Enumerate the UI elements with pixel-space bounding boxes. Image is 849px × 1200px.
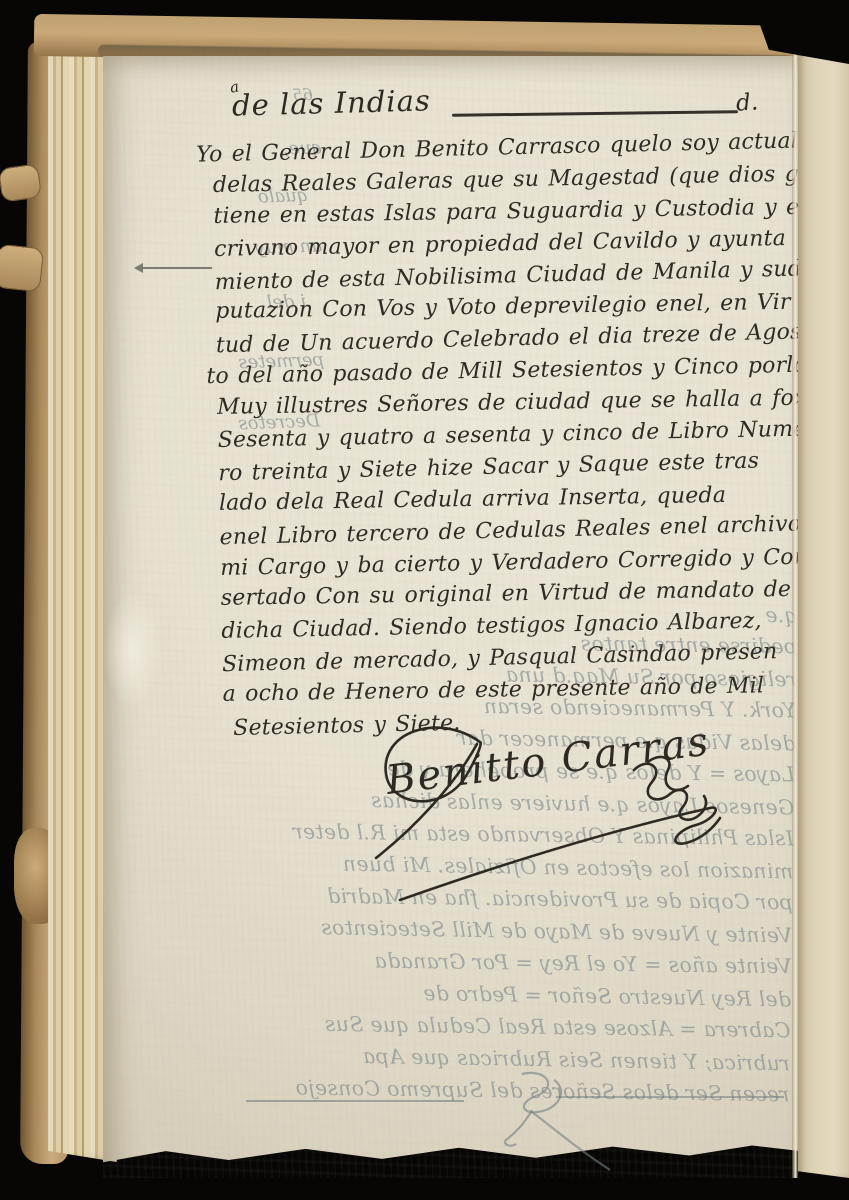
manuscript-photo: 65 que, qualo an muy i del permetes Decr… <box>0 0 849 1200</box>
page-fold-line <box>792 52 798 1178</box>
header-rule-terminal: d. <box>735 89 759 116</box>
signature-block: Benitto Carras <box>282 712 734 914</box>
binding-cord-upper-loop <box>0 244 44 293</box>
spine-sewing-patch <box>104 592 160 710</box>
header-opening: de las Indias <box>232 83 432 122</box>
bleedthrough-rubric-flourish <box>462 1066 622 1176</box>
bleedthrough-rule-left <box>246 1100 464 1102</box>
margin-arrow-mark <box>138 267 212 269</box>
adjacent-page-edge <box>798 50 849 1178</box>
body-text-block: Yo el General Don Benito Carrasco quelo … <box>212 129 824 746</box>
signature-name: Benitto Carras <box>383 719 713 804</box>
